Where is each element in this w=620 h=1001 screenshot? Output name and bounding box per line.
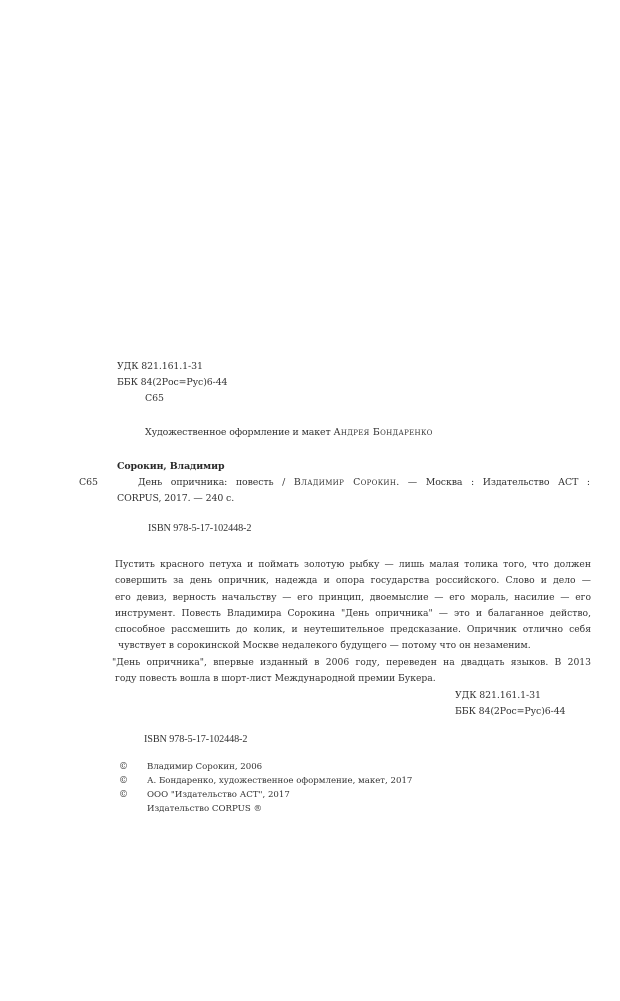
author-mark: С65: [79, 477, 98, 489]
isbn-bottom: ISBN 978-5-17-102448-2: [144, 734, 247, 746]
book-author: Владимир Сорокин: [294, 477, 396, 488]
annotation-line: инструмент. Повесть Владимира Сорокина "…: [115, 606, 591, 622]
copyright-line: А. Бондаренко, художественное оформление…: [147, 776, 412, 786]
copyright-icon: ©: [119, 790, 128, 800]
book-title: День опричника: повесть /: [138, 477, 294, 488]
copyright-line: Владимир Сорокин, 2006: [147, 762, 262, 772]
design-credit-prefix: Художественное оформление и макет: [145, 427, 333, 438]
bibliographic-line-1: День опричника: повесть / Владимир Сорок…: [138, 477, 590, 489]
bbk-code-top: ББК 84(2Рос=Рус)6-44: [117, 377, 227, 389]
copyright-icon: ©: [119, 776, 128, 786]
annotation-line: Пустить красного петуха и поймать золоту…: [115, 557, 591, 573]
annotation-line: чувствует в сорокинской Москве недалеког…: [115, 638, 591, 654]
copyright-icon: ©: [119, 762, 128, 772]
design-credit-name: Андрея Бондаренко: [333, 427, 432, 438]
annotation-line: способное рассмешить до колик, и неутеши…: [115, 622, 591, 638]
udk-code-top: УДК 821.161.1-31: [117, 361, 203, 373]
annotation-line: "День опричника", впервые изданный в 200…: [112, 655, 591, 671]
bibliographic-line-2: CORPUS, 2017. — 240 с.: [117, 493, 234, 505]
annotation-line: совершить за день опричник, надежда и оп…: [115, 573, 591, 589]
annotation: Пустить красного петуха и поймать золоту…: [115, 557, 591, 687]
udk-code-bottom: УДК 821.161.1-31: [455, 690, 541, 702]
annotation-line: году повесть вошла в шорт-лист Междунаро…: [115, 671, 591, 687]
author-mark-top: С65: [145, 393, 164, 405]
publication-info: . — Москва : Издательство АСТ :: [396, 477, 590, 488]
bbk-code-bottom: ББК 84(2Рос=Рус)6-44: [455, 706, 565, 718]
copyright-line: Издательство CORPUS ®: [147, 804, 262, 814]
author-heading: Сорокин, Владимир: [117, 461, 224, 473]
design-credit: Художественное оформление и макет Андрея…: [145, 427, 433, 439]
isbn-top: ISBN 978-5-17-102448-2: [148, 523, 251, 535]
copyright-line: ООО "Издательство АСТ", 2017: [147, 790, 290, 800]
annotation-line: его девиз, верность начальству — его при…: [115, 590, 591, 606]
